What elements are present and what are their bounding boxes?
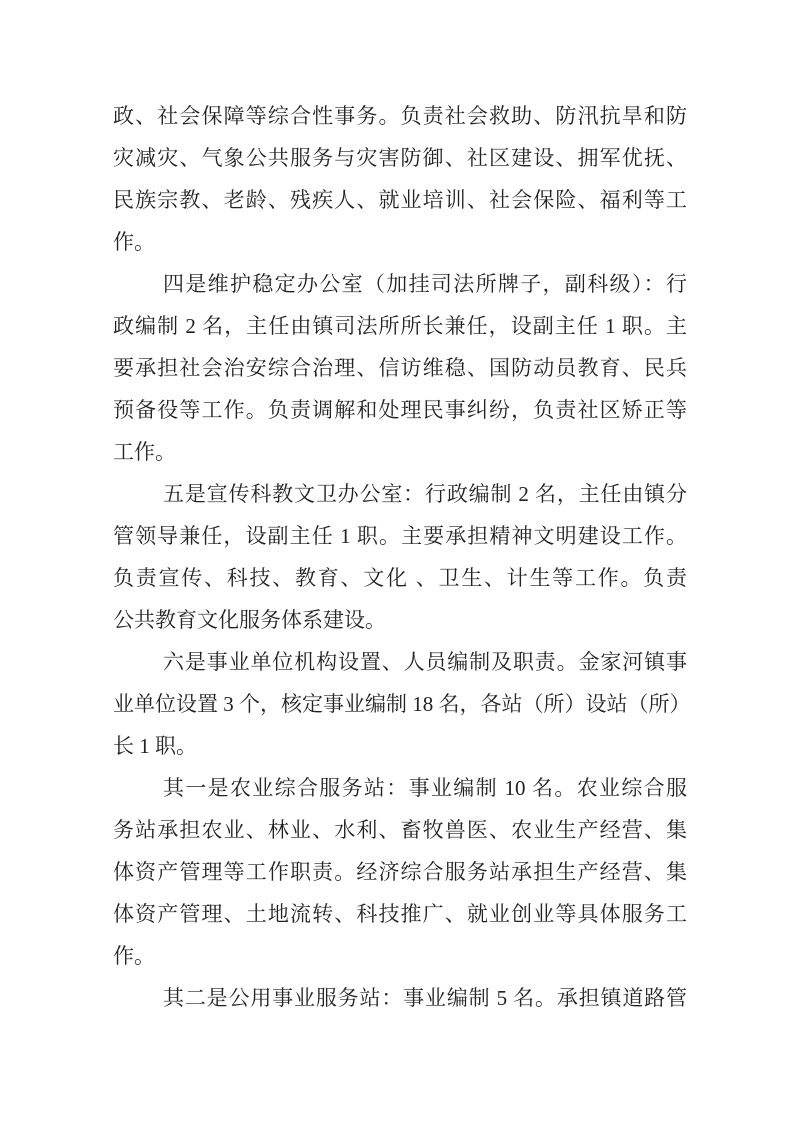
- text-line: 管领导兼任，设副主任 1 职。主要承担精神文明建设工作。: [113, 515, 687, 557]
- text-line: 灾减灾、气象公共服务与灾害防御、社区建设、拥军优抚、: [113, 137, 687, 179]
- paragraph-publicity-office: 五是宣传科教文卫办公室：行政编制 2 名，主任由镇分管领导兼任，设副主任 1 职…: [113, 473, 687, 641]
- text-line: 预备役等工作。负责调解和处理民事纠纷，负责社区矫正等: [113, 389, 687, 431]
- text-line: 其二是公用事业服务站：事业编制 5 名。承担镇道路管: [113, 977, 687, 1019]
- paragraph-agriculture-station: 其一是农业综合服务站：事业编制 10 名。农业综合服务站承担农业、林业、水利、畜…: [113, 767, 687, 977]
- paragraph-institution-setup: 六是事业单位机构设置、人员编制及职责。金家河镇事业单位设置 3 个，核定事业编制…: [113, 641, 687, 767]
- paragraph-social-affairs-continuation: 政、社会保障等综合性事务。负责社会救助、防汛抗旱和防灾减灾、气象公共服务与灾害防…: [113, 95, 687, 263]
- text-line: 体资产管理、土地流转、科技推广、就业创业等具体服务工: [113, 893, 687, 935]
- paragraph-public-utility-station: 其二是公用事业服务站：事业编制 5 名。承担镇道路管: [113, 977, 687, 1019]
- text-line: 政编制 2 名，主任由镇司法所所长兼任，设副主任 1 职。主: [113, 305, 687, 347]
- text-line: 要承担社会治安综合治理、信访维稳、国防动员教育、民兵: [113, 347, 687, 389]
- text-line: 作。: [113, 221, 687, 263]
- document-page: 政、社会保障等综合性事务。负责社会救助、防汛抗旱和防灾减灾、气象公共服务与灾害防…: [0, 0, 793, 1122]
- text-line: 体资产管理等工作职责。经济综合服务站承担生产经营、集: [113, 851, 687, 893]
- text-line: 工作。: [113, 431, 687, 473]
- text-line: 公共教育文化服务体系建设。: [113, 599, 687, 641]
- text-line: 民族宗教、老龄、残疾人、就业培训、社会保险、福利等工: [113, 179, 687, 221]
- text-line: 四是维护稳定办公室（加挂司法所牌子，副科级）：行: [113, 263, 687, 305]
- paragraph-stability-office: 四是维护稳定办公室（加挂司法所牌子，副科级）：行政编制 2 名，主任由镇司法所所…: [113, 263, 687, 473]
- text-line: 负责宣传、科技、教育、文化 、卫生、计生等工作。负责: [113, 557, 687, 599]
- text-line: 其一是农业综合服务站：事业编制 10 名。农业综合服: [113, 767, 687, 809]
- text-line: 务站承担农业、林业、水利、畜牧兽医、农业生产经营、集: [113, 809, 687, 851]
- text-line: 业单位设置 3 个，核定事业编制 18 名，各站（所）设站（所）: [113, 683, 687, 725]
- text-line: 政、社会保障等综合性事务。负责社会救助、防汛抗旱和防: [113, 95, 687, 137]
- text-line: 六是事业单位机构设置、人员编制及职责。金家河镇事: [113, 641, 687, 683]
- text-line: 五是宣传科教文卫办公室：行政编制 2 名，主任由镇分: [113, 473, 687, 515]
- text-line: 长 1 职。: [113, 725, 687, 767]
- text-line: 作。: [113, 935, 687, 977]
- document-body: 政、社会保障等综合性事务。负责社会救助、防汛抗旱和防灾减灾、气象公共服务与灾害防…: [113, 95, 687, 1019]
